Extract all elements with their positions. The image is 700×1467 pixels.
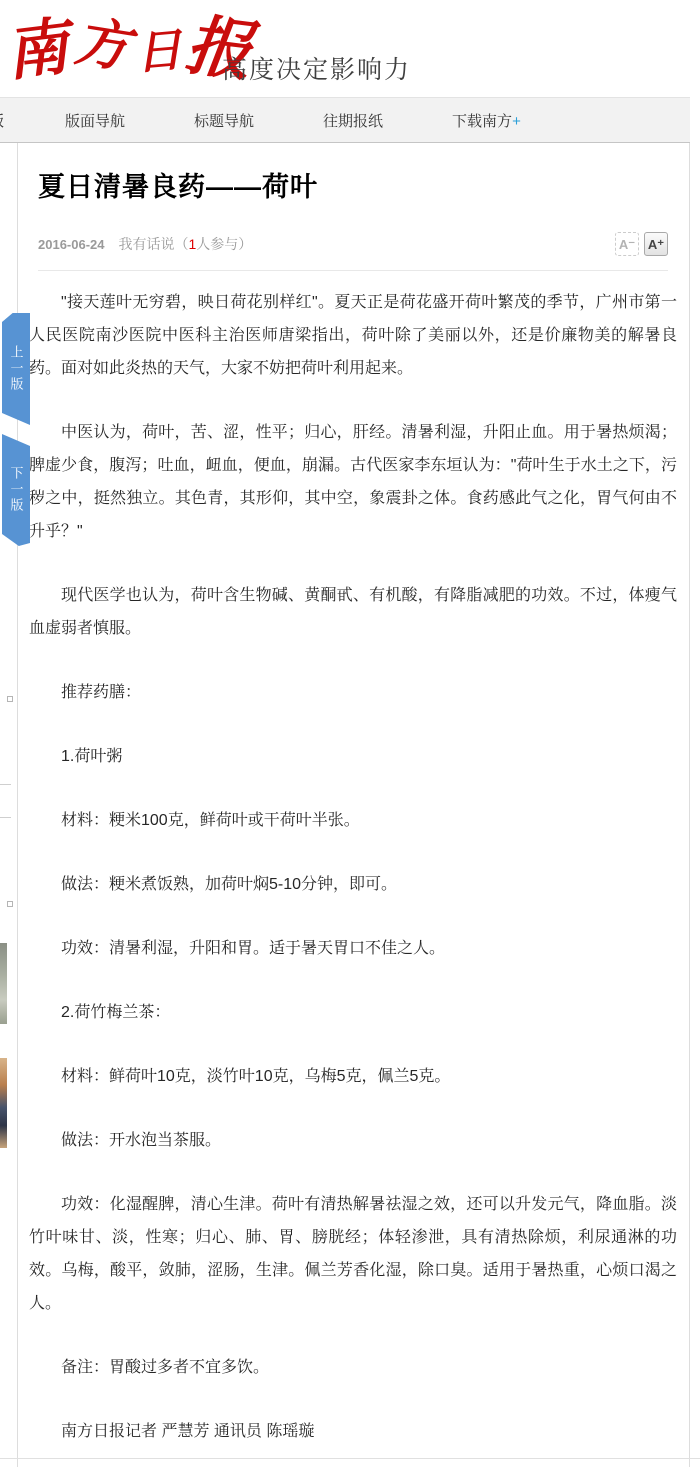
cutoff-divider: [0, 817, 11, 818]
article-paragraph: 1.荷叶粥: [29, 740, 677, 773]
nav-item-plus: +: [512, 113, 521, 130]
nav-item-label: 标题导航: [194, 113, 254, 130]
nav-bar: 版 版面导航标题导航往期报纸下载南方+: [0, 97, 690, 143]
nav-item[interactable]: 往期报纸: [323, 110, 383, 131]
article-paragraph: 材料：鲜荷叶10克，淡竹叶10克，乌梅5克，佩兰5克。: [29, 1060, 677, 1093]
prev-page-tab[interactable]: 上一版: [2, 313, 30, 425]
nav-item-label: 版面导航: [65, 113, 125, 130]
cutoff-thumbnail: [0, 1058, 7, 1148]
comments-label-suffix: 人参与）: [196, 236, 252, 252]
logo-char: 方: [69, 0, 135, 90]
next-page-tab[interactable]: 下一版: [2, 434, 30, 546]
article-paragraph: 做法：粳米煮饭熟，加荷叶焖5-10分钟，即可。: [29, 868, 677, 901]
article-paragraph: 2.荷竹梅兰茶：: [29, 996, 677, 1029]
cutoff-divider: [0, 784, 11, 785]
site-header: 南方日报 高度决定影响力: [0, 0, 700, 97]
cutoff-thumbnail: [0, 943, 7, 1024]
cutoff-box: [7, 901, 13, 907]
article-header: 夏日清暑良药——荷叶 2016-06-24 我有话说（1人参与） A⁻ A⁺: [18, 143, 689, 271]
logo-char: 南: [1, 5, 73, 96]
newspaper-logo[interactable]: 南方日报: [6, 6, 252, 90]
comments-link[interactable]: 我有话说（1人参与）: [119, 234, 253, 254]
nav-item[interactable]: 标题导航: [194, 110, 254, 131]
font-size-controls: A⁻ A⁺: [615, 232, 668, 256]
article-paragraph: "接天莲叶无穷碧，映日荷花别样红"。夏天正是荷花盛开荷叶繁茂的季节，广州市第一人…: [29, 286, 677, 385]
logo-char: 日: [132, 7, 185, 95]
article-paragraph: 南方日报记者 严慧芳 通讯员 陈瑶璇: [29, 1415, 677, 1448]
page: 南方日报 高度决定影响力 版 版面导航标题导航往期报纸下载南方+ 夏日清暑良药—…: [0, 0, 700, 1467]
article-body: "接天莲叶无穷碧，映日荷花别样红"。夏天正是荷花盛开荷叶繁茂的季节，广州市第一人…: [18, 286, 689, 1448]
bottom-rule: [0, 1458, 700, 1459]
article-date: 2016-06-24: [38, 237, 105, 252]
nav-item-label: 下载南方: [452, 113, 512, 130]
article-paragraph: 中医认为，荷叶，苦、涩，性平；归心，肝经。清暑利湿，升阳止血。用于暑热烦渴；脾虚…: [29, 416, 677, 548]
article-paragraph: 做法：开水泡当茶服。: [29, 1124, 677, 1157]
nav-item[interactable]: 版面导航: [65, 110, 125, 131]
logo-tagline: 高度决定影响力: [222, 50, 411, 86]
nav-cutoff-fragment: 版: [0, 110, 6, 132]
font-increase-button[interactable]: A⁺: [644, 232, 668, 256]
article-paragraph: 功效：化湿醒脾，清心生津。荷叶有清热解暑祛湿之效，还可以升发元气，降血脂。淡竹叶…: [29, 1188, 677, 1320]
article-paragraph: 备注：胃酸过多者不宜多饮。: [29, 1351, 677, 1384]
article-title: 夏日清暑良药——荷叶: [38, 172, 668, 202]
comments-label: 我有话说（: [119, 236, 189, 252]
article-paragraph: 材料：粳米100克，鲜荷叶或干荷叶半张。: [29, 804, 677, 837]
article-paragraph: 推荐药膳：: [29, 676, 677, 709]
header-separator: [38, 270, 668, 271]
font-decrease-button[interactable]: A⁻: [615, 232, 639, 256]
article-paragraph: 功效：清暑利湿，升阳和胃。适于暑天胃口不佳之人。: [29, 932, 677, 965]
article-paragraph: 现代医学也认为，荷叶含生物碱、黄酮甙、有机酸，有降脂减肥的功效。不过，体瘦气血虚…: [29, 579, 677, 645]
cutoff-box: [7, 696, 13, 702]
nav-item[interactable]: 下载南方+: [452, 110, 521, 131]
meta-row: 2016-06-24 我有话说（1人参与） A⁻ A⁺: [38, 232, 668, 256]
meta-left: 2016-06-24 我有话说（1人参与）: [38, 234, 252, 254]
nav-item-label: 往期报纸: [323, 113, 383, 130]
content-panel: 夏日清暑良药——荷叶 2016-06-24 我有话说（1人参与） A⁻ A⁺ "…: [17, 143, 690, 1467]
